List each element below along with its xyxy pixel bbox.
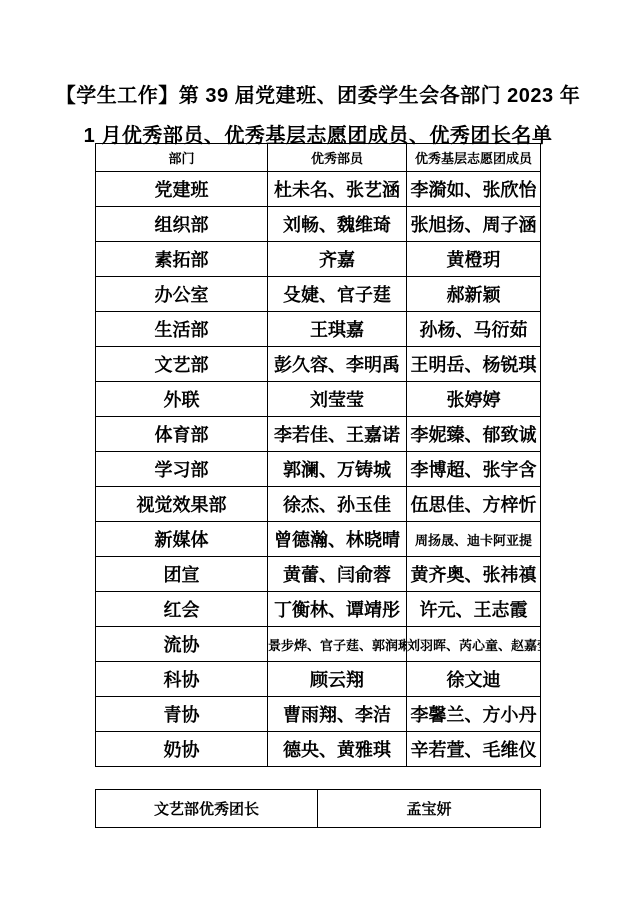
outstanding-volunteers-cell: 伍思佳、方梓忻 — [407, 487, 541, 522]
column-header-outstanding-volunteers: 优秀基层志愿团成员 — [407, 144, 541, 172]
table-row: 视觉效果部 徐杰、孙玉佳 伍思佳、方梓忻 — [96, 487, 541, 522]
column-header-outstanding-members: 优秀部员 — [268, 144, 407, 172]
department-cell: 视觉效果部 — [96, 487, 268, 522]
outstanding-members-cell: 李若佳、王嘉诺 — [268, 417, 407, 452]
outstanding-volunteers-cell: 辛若萱、毛维仪 — [407, 732, 541, 767]
table-row: 青协 曹雨翔、李洁 李馨兰、方小丹 — [96, 697, 541, 732]
awards-table-header-row: 部门 优秀部员 优秀基层志愿团成员 — [96, 144, 541, 172]
outstanding-members-cell: 彭久容、李明禹 — [268, 347, 407, 382]
outstanding-volunteers-cell: 李漪如、张欣怡 — [407, 172, 541, 207]
department-cell: 团宣 — [96, 557, 268, 592]
outstanding-volunteers-cell: 徐文迪 — [407, 662, 541, 697]
department-cell: 红会 — [96, 592, 268, 627]
department-cell: 生活部 — [96, 312, 268, 347]
department-cell: 流协 — [96, 627, 268, 662]
table-row: 办公室 殳婕、官子莛 郝新颖 — [96, 277, 541, 312]
awards-table: 部门 优秀部员 优秀基层志愿团成员 党建班 杜未名、张艺涵 李漪如、张欣怡 组织… — [95, 143, 541, 767]
table-row: 红会 丁衡林、谭靖彤 许元、王志霞 — [96, 592, 541, 627]
outstanding-members-cell: 徐杰、孙玉佳 — [268, 487, 407, 522]
page-title-line-1: 【学生工作】第 39 届党建班、团委学生会各部门 2023 年 — [0, 76, 636, 116]
outstanding-members-cell: 杜未名、张艺涵 — [268, 172, 407, 207]
outstanding-volunteers-cell: 黄齐奥、张祎禛 — [407, 557, 541, 592]
department-cell: 文艺部 — [96, 347, 268, 382]
department-cell: 青协 — [96, 697, 268, 732]
department-cell: 外联 — [96, 382, 268, 417]
outstanding-members-cell: 殳婕、官子莛 — [268, 277, 407, 312]
table-row: 流协 景步烨、官子莛、郭润琳 刘羽晖、芮心童、赵嘉莹 — [96, 627, 541, 662]
document-page: 【学生工作】第 39 届党建班、团委学生会各部门 2023 年 1 月优秀部员、… — [0, 0, 636, 898]
outstanding-members-cell: 曹雨翔、李洁 — [268, 697, 407, 732]
outstanding-volunteers-cell: 张婷婷 — [407, 382, 541, 417]
department-cell: 学习部 — [96, 452, 268, 487]
outstanding-members-cell: 齐嘉 — [268, 242, 407, 277]
outstanding-volunteers-cell: 李馨兰、方小丹 — [407, 697, 541, 732]
table-row: 新媒体 曾德瀚、林晓晴 周扬晟、迪卡阿亚提 — [96, 522, 541, 557]
table-row: 素拓部 齐嘉 黄橙玥 — [96, 242, 541, 277]
outstanding-volunteers-cell: 张旭扬、周子涵 — [407, 207, 541, 242]
table-row: 外联 刘莹莹 张婷婷 — [96, 382, 541, 417]
table-row: 文艺部优秀团长 孟宝妍 — [96, 790, 541, 828]
outstanding-volunteers-cell: 黄橙玥 — [407, 242, 541, 277]
table-row: 奶协 德央、黄雅琪 辛若萱、毛维仪 — [96, 732, 541, 767]
table-row: 团宣 黄蕾、闫俞蓉 黄齐奥、张祎禛 — [96, 557, 541, 592]
department-cell: 素拓部 — [96, 242, 268, 277]
table-row: 学习部 郭澜、万铸城 李博超、张宇含 — [96, 452, 541, 487]
outstanding-members-cell: 郭澜、万铸城 — [268, 452, 407, 487]
column-header-department: 部门 — [96, 144, 268, 172]
table-row: 文艺部 彭久容、李明禹 王明岳、杨锐琪 — [96, 347, 541, 382]
outstanding-volunteers-cell: 李妮臻、郁致诚 — [407, 417, 541, 452]
outstanding-volunteers-cell: 李博超、张宇含 — [407, 452, 541, 487]
outstanding-volunteers-cell: 刘羽晖、芮心童、赵嘉莹 — [407, 627, 541, 662]
outstanding-volunteers-cell: 周扬晟、迪卡阿亚提 — [407, 522, 541, 557]
outstanding-members-cell: 王琪嘉 — [268, 312, 407, 347]
outstanding-members-cell: 刘莹莹 — [268, 382, 407, 417]
department-cell: 新媒体 — [96, 522, 268, 557]
league-leader-table: 文艺部优秀团长 孟宝妍 — [95, 789, 541, 828]
department-cell: 办公室 — [96, 277, 268, 312]
league-leader-label-cell: 文艺部优秀团长 — [96, 790, 318, 828]
outstanding-volunteers-cell: 许元、王志霞 — [407, 592, 541, 627]
outstanding-members-cell: 丁衡林、谭靖彤 — [268, 592, 407, 627]
department-cell: 党建班 — [96, 172, 268, 207]
table-row: 党建班 杜未名、张艺涵 李漪如、张欣怡 — [96, 172, 541, 207]
outstanding-members-cell: 曾德瀚、林晓晴 — [268, 522, 407, 557]
outstanding-members-cell: 景步烨、官子莛、郭润琳 — [268, 627, 407, 662]
department-cell: 奶协 — [96, 732, 268, 767]
department-cell: 体育部 — [96, 417, 268, 452]
table-row: 体育部 李若佳、王嘉诺 李妮臻、郁致诚 — [96, 417, 541, 452]
department-cell: 组织部 — [96, 207, 268, 242]
outstanding-volunteers-cell: 孙杨、马衍茹 — [407, 312, 541, 347]
outstanding-volunteers-cell: 王明岳、杨锐琪 — [407, 347, 541, 382]
league-leader-name-cell: 孟宝妍 — [318, 790, 541, 828]
outstanding-members-cell: 黄蕾、闫俞蓉 — [268, 557, 407, 592]
outstanding-members-cell: 德央、黄雅琪 — [268, 732, 407, 767]
department-cell: 科协 — [96, 662, 268, 697]
outstanding-members-cell: 刘畅、魏维琦 — [268, 207, 407, 242]
table-row: 科协 顾云翔 徐文迪 — [96, 662, 541, 697]
outstanding-members-cell: 顾云翔 — [268, 662, 407, 697]
outstanding-volunteers-cell: 郝新颖 — [407, 277, 541, 312]
table-row: 生活部 王琪嘉 孙杨、马衍茹 — [96, 312, 541, 347]
table-row: 组织部 刘畅、魏维琦 张旭扬、周子涵 — [96, 207, 541, 242]
